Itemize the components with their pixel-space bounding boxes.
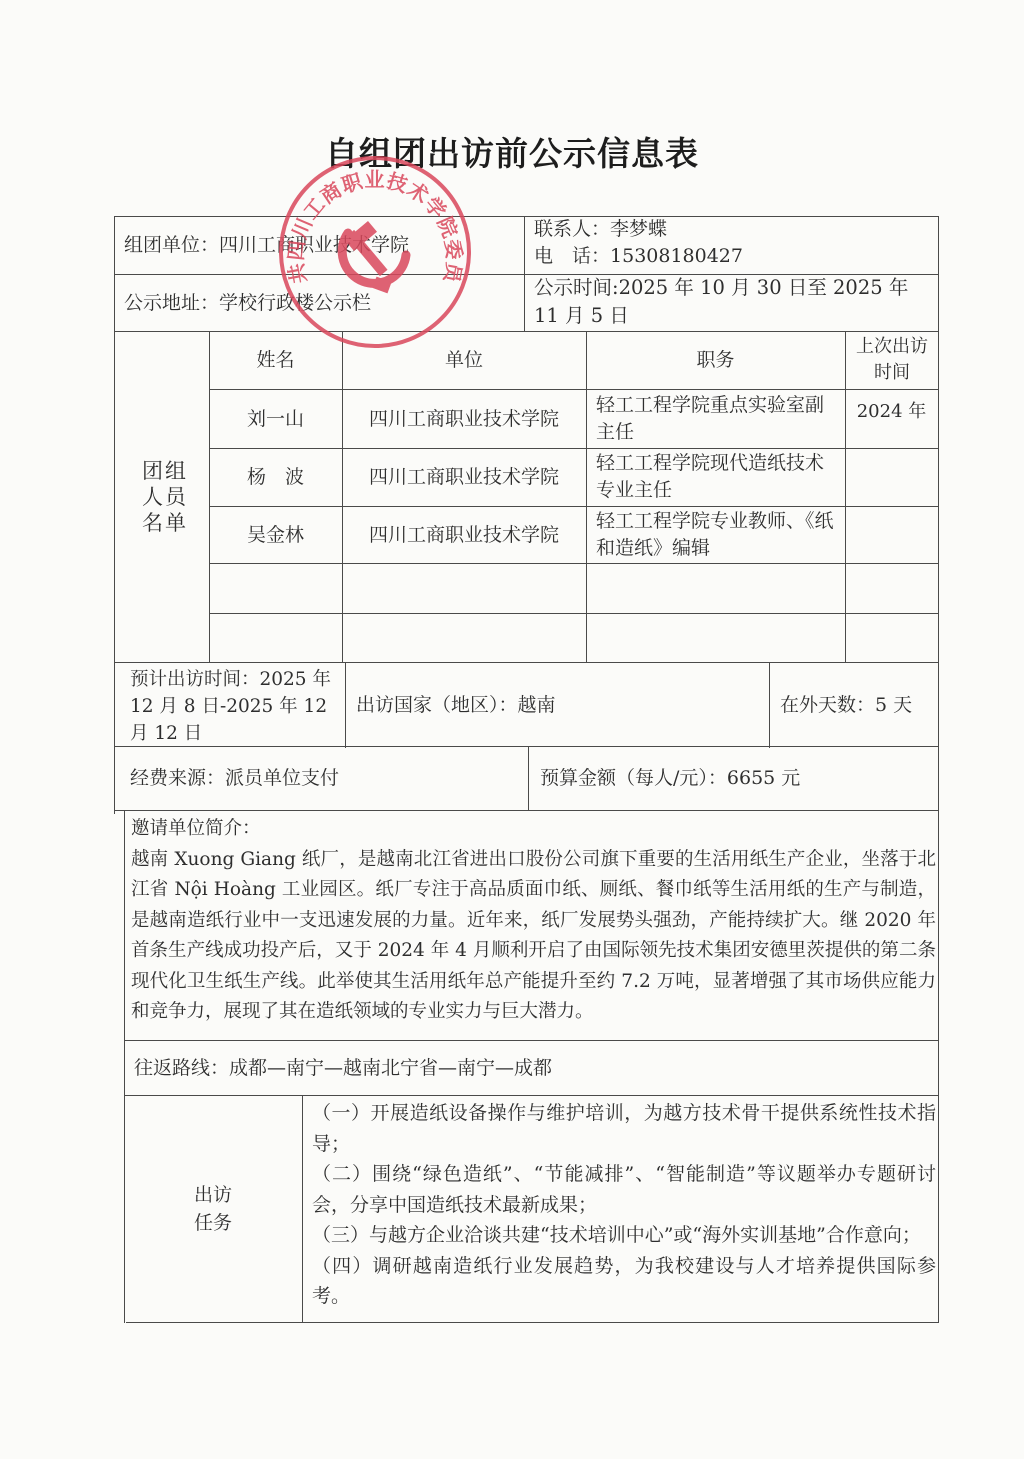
task-item: （四）调研越南造纸行业发展趋势，为我校建设与人才培养提供国际参考。 bbox=[312, 1251, 936, 1312]
page-title: 自组团出访前公示信息表 bbox=[0, 128, 1024, 175]
table-border-left bbox=[114, 216, 115, 814]
member-name bbox=[209, 563, 342, 613]
member-position bbox=[596, 563, 836, 613]
address-label: 公示地址： bbox=[124, 289, 219, 317]
tasks-label-line2: 任务 bbox=[194, 1209, 232, 1237]
column-header-name: 姓名 bbox=[209, 331, 342, 389]
route: 往返路线：成都—南宁—越南北宁省—南宁—成都 bbox=[134, 1040, 934, 1095]
member-last-visit: 2024 年 bbox=[845, 389, 938, 434]
planned-visit-time: 预计出访时间：2025 年 12 月 8 日-2025 年 12 月 12 日 bbox=[130, 666, 340, 746]
member-last-visit bbox=[845, 506, 938, 563]
contact-value: 李梦蝶 bbox=[610, 218, 667, 240]
divider bbox=[114, 810, 938, 811]
member-position: 轻工工程学院专业教师、《纸和造纸》编辑 bbox=[596, 506, 836, 563]
member-position: 轻工工程学院重点实验室副主任 bbox=[596, 389, 836, 448]
organizer-value: 四川工商职业技术学院 bbox=[219, 231, 409, 259]
column-header-position: 职务 bbox=[586, 331, 845, 389]
address-field: 公示地址：学校行政楼公示栏 bbox=[124, 274, 524, 331]
divider bbox=[302, 1095, 303, 1323]
publicity-period: 公示时间:2025 年 10 月 30 日至 2025 年 11 月 5 日 bbox=[534, 274, 932, 331]
column-header-unit: 单位 bbox=[342, 331, 586, 389]
member-unit bbox=[342, 563, 586, 613]
member-last-visit bbox=[845, 563, 938, 613]
phone-value: 15308180427 bbox=[610, 245, 743, 267]
organizer-field: 组团单位：四川工商职业技术学院 bbox=[124, 216, 524, 274]
member-position: 轻工工程学院现代造纸技术专业主任 bbox=[596, 448, 836, 506]
table-border-right bbox=[938, 216, 939, 1323]
member-name bbox=[209, 613, 342, 662]
member-last-visit bbox=[845, 613, 938, 662]
member-unit bbox=[342, 613, 586, 662]
destination-country: 出访国家（地区）：越南 bbox=[356, 662, 766, 748]
task-item: （一）开展造纸设备操作与维护培训，为越方技术骨干提供系统性技术指导； bbox=[312, 1098, 936, 1159]
task-item: （三）与越方企业洽谈共建“技术培训中心”或“海外实训基地”合作意向； bbox=[312, 1220, 936, 1251]
member-unit: 四川工商职业技术学院 bbox=[342, 506, 586, 563]
invitation-label: 邀请单位简介： bbox=[131, 814, 936, 845]
member-name: 杨 波 bbox=[209, 448, 342, 506]
member-unit: 四川工商职业技术学院 bbox=[342, 448, 586, 506]
organizer-label: 组团单位： bbox=[124, 231, 219, 259]
column-header-last-visit: 上次出访时间 bbox=[850, 331, 934, 389]
invitation-text: 越南 Xuong Giang 纸厂，是越南北江省进出口股份公司旗下重要的生活用纸… bbox=[131, 845, 936, 1028]
tasks-label: 出访 任务 bbox=[124, 1095, 302, 1323]
tasks-label-line1: 出访 bbox=[194, 1181, 232, 1209]
phone-label: 电 话： bbox=[534, 245, 610, 267]
divider bbox=[524, 216, 525, 331]
budget-amount: 预算金额（每人/元）：6655 元 bbox=[540, 746, 936, 810]
member-unit: 四川工商职业技术学院 bbox=[342, 389, 586, 448]
funding-source: 经费来源：派员单位支付 bbox=[130, 746, 526, 810]
contact-field: 联系人：李梦蝶 电 话：15308180427 bbox=[534, 216, 934, 274]
days-abroad: 在外天数：5 天 bbox=[780, 662, 936, 748]
member-name: 刘一山 bbox=[209, 389, 342, 448]
address-value: 学校行政楼公示栏 bbox=[219, 289, 371, 317]
task-item: （二）围绕“绿色造纸”、“节能减排”、“智能制造”等议题举办专题研讨会，分享中国… bbox=[312, 1159, 936, 1220]
invitation-section: 邀请单位简介： 越南 Xuong Giang 纸厂，是越南北江省进出口股份公司旗… bbox=[131, 814, 936, 1028]
members-section-label: 团组人员名单 bbox=[136, 331, 194, 662]
contact-label: 联系人： bbox=[534, 218, 610, 240]
divider bbox=[345, 662, 346, 748]
divider bbox=[528, 746, 529, 810]
divider bbox=[769, 662, 770, 748]
member-position bbox=[596, 613, 836, 662]
member-name: 吴金林 bbox=[209, 506, 342, 563]
member-last-visit bbox=[845, 448, 938, 506]
tasks-list: （一）开展造纸设备操作与维护培训，为越方技术骨干提供系统性技术指导； （二）围绕… bbox=[312, 1098, 936, 1312]
